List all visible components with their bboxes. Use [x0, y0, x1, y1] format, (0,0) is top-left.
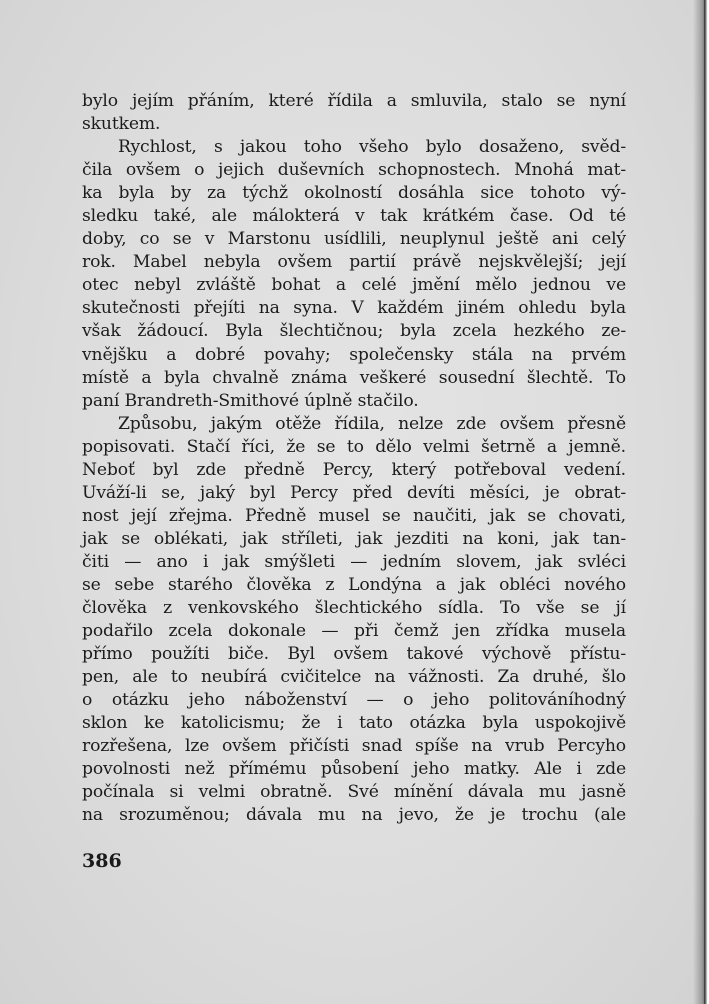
text-line: doby, co se v Marstonu usídlili, neuplyn… — [82, 228, 626, 251]
text-line: však žádoucí. Byla šlechtičnou; byla zce… — [82, 320, 626, 343]
text-line: Uváží-li se, jaký byl Percy před devíti … — [82, 482, 626, 505]
page-edge-shadow — [693, 0, 709, 1004]
text-line: paní Brandreth-Smithové úplně stačilo. — [82, 390, 626, 413]
text-line: o otázku jeho náboženství — o jeho polit… — [82, 689, 626, 712]
text-line: se sebe starého člověka z Londýna a jak … — [82, 574, 626, 597]
text-line: Neboť byl zde předně Percy, který potřeb… — [82, 459, 626, 482]
text-line: sledku také, ale málokterá v tak krátkém… — [82, 205, 626, 228]
paragraph-start-line: Rychlost, s jakou toho všeho bylo dosaže… — [82, 136, 626, 159]
text-line: rok. Mabel nebyla ovšem partií právě nej… — [82, 251, 626, 274]
text-line: sklon ke katolicismu; že i tato otázka b… — [82, 712, 626, 735]
text-line: popisovati. Stačí říci, že se to dělo ve… — [82, 436, 626, 459]
text-line: čiti — ano i jak smýšleti — jedním slove… — [82, 551, 626, 574]
text-line: přímo použíti biče. Byl ovšem takové výc… — [82, 643, 626, 666]
text-line: otec nebyl zvláště bohat a celé jmění mě… — [82, 274, 626, 297]
text-line: bylo jejím přáním, které řídila a smluvi… — [82, 90, 626, 113]
paragraph-start-line: Způsobu, jakým otěže řídila, nelze zde o… — [82, 413, 626, 436]
text-line: ka byla by za týchž okolností dosáhla si… — [82, 182, 626, 205]
text-line: podařilo zcela dokonale — při čemž jen z… — [82, 620, 626, 643]
body-text: bylo jejím přáním, které řídila a smluvi… — [82, 90, 626, 828]
text-line: skutkem. — [82, 113, 626, 136]
text-line: člověka z venkovského šlechtického sídla… — [82, 597, 626, 620]
text-line: pen, ale to neubírá cvičitelce na vážnos… — [82, 666, 626, 689]
text-line: povolnosti než přímému působení jeho mat… — [82, 758, 626, 781]
text-line: vnějšku a dobré povahy; společensky stál… — [82, 344, 626, 367]
text-line: rozřešena, lze ovšem přičísti snad spíše… — [82, 735, 626, 758]
text-line: skutečnosti přejíti na syna. V každém ji… — [82, 297, 626, 320]
text-line: jak se oblékati, jak stříleti, jak jezdi… — [82, 528, 626, 551]
text-line: místě a byla chvalně známa veškeré souse… — [82, 367, 626, 390]
book-page: bylo jejím přáním, které řídila a smluvi… — [0, 0, 709, 1004]
page-number: 386 — [82, 850, 122, 872]
text-line: počínala si velmi obratně. Své mínění dá… — [82, 781, 626, 804]
page-edge-line — [704, 0, 705, 1004]
text-line: čila ovšem o jejich duševních schopnoste… — [82, 159, 626, 182]
text-line: nost její zřejma. Předně musel se naučit… — [82, 505, 626, 528]
text-line: na srozuměnou; dávala mu na jevo, že je … — [82, 804, 626, 827]
